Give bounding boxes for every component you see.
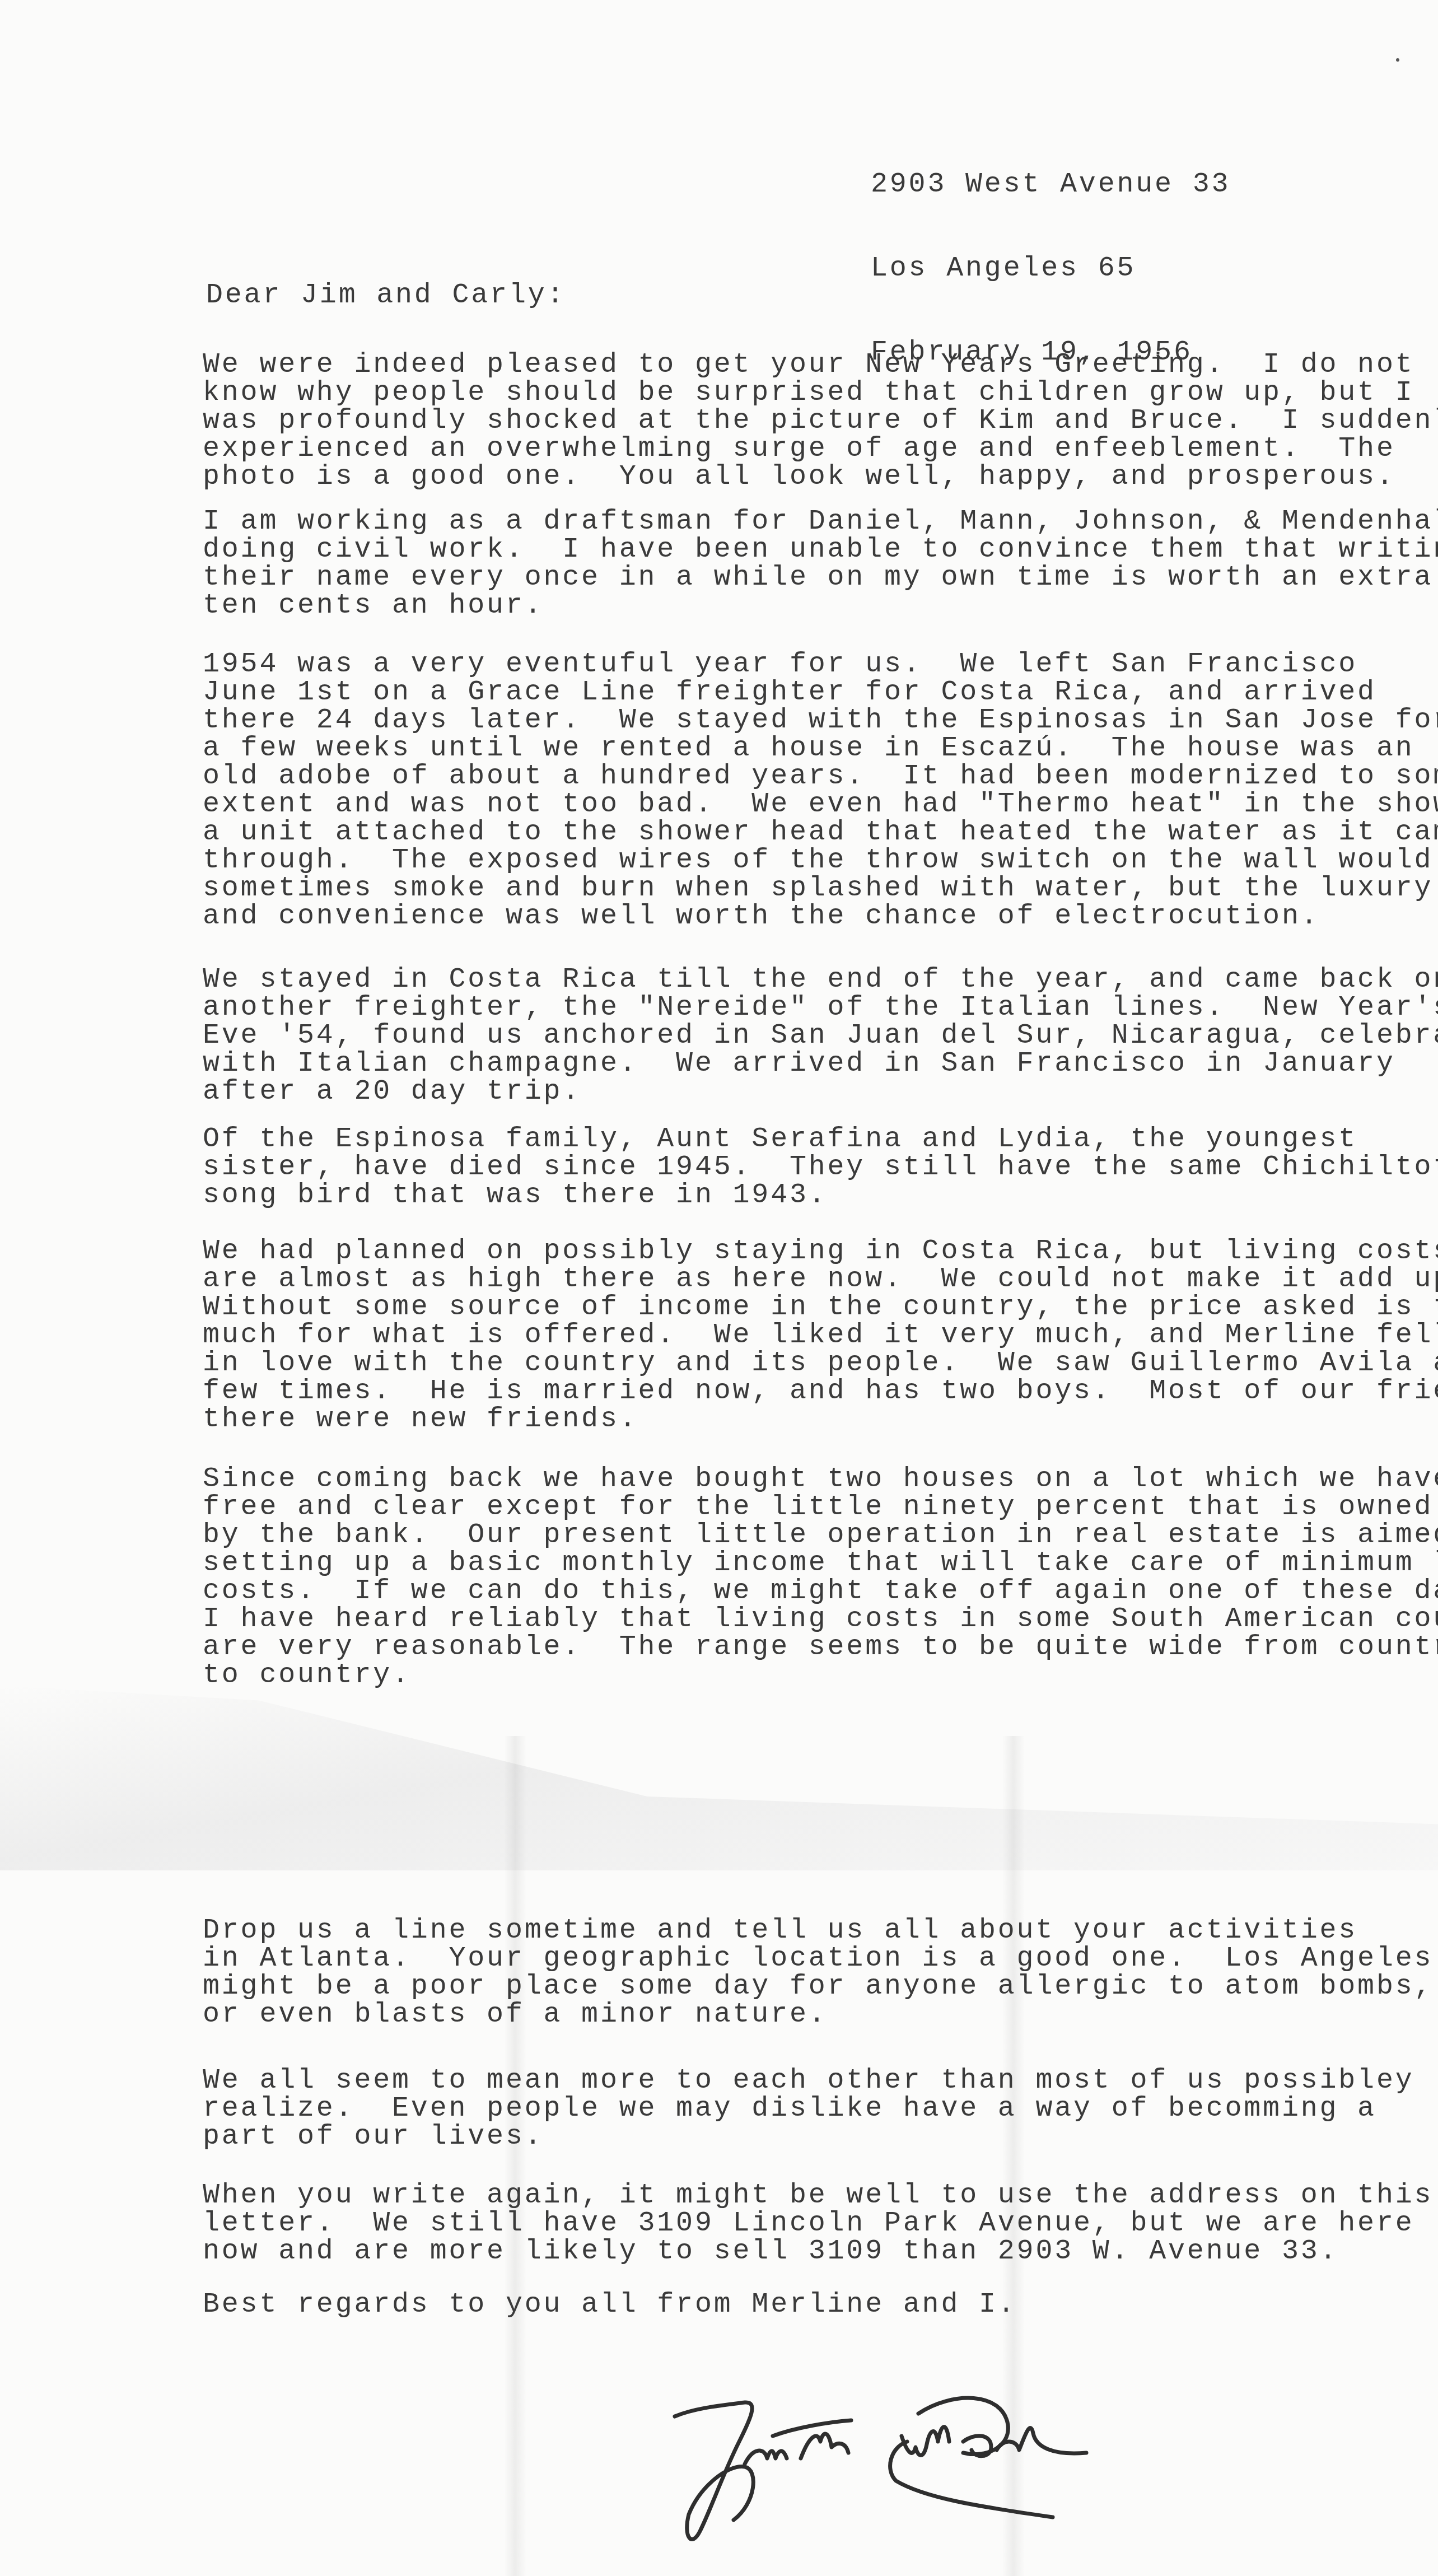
text-line: When you write again, it might be well t… <box>203 2182 1433 2210</box>
text-line: by the bank. Our present little operatio… <box>203 1522 1438 1550</box>
paragraph: We all seem to mean more to each other t… <box>203 2067 1414 2151</box>
address-line: 2903 West Avenue 33 <box>871 171 1230 199</box>
text-line: Eve '54, found us anchored in San Juan d… <box>203 1022 1438 1050</box>
paragraph: Drop us a line sometime and tell us all … <box>203 1917 1433 2029</box>
text-line: doing civil work. I have been unable to … <box>203 536 1438 564</box>
text-line: much for what is offered. We liked it ve… <box>203 1322 1438 1350</box>
text-line: We were indeed pleased to get your New Y… <box>203 351 1438 379</box>
text-line: a unit attached to the shower head that … <box>203 819 1438 847</box>
paragraph: We stayed in Costa Rica till the end of … <box>203 966 1438 1106</box>
text-line: part of our lives. <box>203 2123 1414 2151</box>
text-line: extent and was not too bad. We even had … <box>203 791 1438 819</box>
text-line: We stayed in Costa Rica till the end of … <box>203 966 1438 994</box>
text-line: and convenience was well worth the chanc… <box>203 903 1438 931</box>
text-line: Best regards to you all from Merline and… <box>203 2291 1017 2319</box>
text-line: with Italian champagne. We arrived in Sa… <box>203 1050 1438 1078</box>
address-city: Los Angeles 65 <box>871 255 1230 283</box>
text-line: photo is a good one. You all look well, … <box>203 463 1438 491</box>
text-line: free and clear except for the little nin… <box>203 1494 1438 1522</box>
text-line: another freighter, the "Nereide" of the … <box>203 994 1438 1022</box>
text-line: costs. If we can do this, we might take … <box>203 1578 1438 1606</box>
paragraph: We had planned on possibly staying in Co… <box>203 1238 1438 1434</box>
text-line: Drop us a line sometime and tell us all … <box>203 1917 1433 1945</box>
text-line: old adobe of about a hundred years. It h… <box>203 763 1438 791</box>
paragraph: 1954 was a very eventuful year for us. W… <box>203 651 1438 931</box>
text-line: now and are more likely to sell 3109 tha… <box>203 2238 1433 2266</box>
text-line: sister, have died since 1945. They still… <box>203 1154 1438 1182</box>
text-line: a few weeks until we rented a house in E… <box>203 735 1438 763</box>
text-line: letter. We still have 3109 Lincoln Park … <box>203 2210 1433 2238</box>
text-line: realize. Even people we may dislike have… <box>203 2095 1414 2123</box>
letter-page: 2903 West Avenue 33 Los Angeles 65 Febru… <box>0 0 1438 2576</box>
text-line: in Atlanta. Your geographic location is … <box>203 1945 1433 1973</box>
paper-fold-shadow <box>0 1686 1438 1870</box>
text-line: to country. <box>203 1662 1438 1690</box>
text-line: was profoundly shocked at the picture of… <box>203 407 1438 435</box>
text-line: sometimes smoke and burn when splashed w… <box>203 875 1438 903</box>
paragraph: When you write again, it might be well t… <box>203 2182 1433 2266</box>
text-line: through. The exposed wires of the throw … <box>203 847 1438 875</box>
text-line: June 1st on a Grace Line freighter for C… <box>203 679 1438 707</box>
text-line: Of the Espinosa family, Aunt Serafina an… <box>203 1126 1438 1154</box>
text-line: are almost as high there as here now. We… <box>203 1266 1438 1294</box>
text-line: are very reasonable. The range seems to … <box>203 1634 1438 1662</box>
text-line: experienced an overwhelming surge of age… <box>203 435 1438 463</box>
signature: John McCulloch <box>661 2380 1142 2548</box>
text-line: after a 20 day trip. <box>203 1078 1438 1106</box>
text-line: Since coming back we have bought two hou… <box>203 1466 1438 1494</box>
text-line: We all seem to mean more to each other t… <box>203 2067 1414 2095</box>
text-line: know why people should be surprised that… <box>203 379 1438 407</box>
text-line: song bird that was there in 1943. <box>203 1182 1438 1210</box>
text-line: I am working as a draftsman for Daniel, … <box>203 508 1438 536</box>
text-line: setting up a basic monthly income that w… <box>203 1550 1438 1578</box>
text-line: ten cents an hour. <box>203 592 1438 620</box>
ink-speck <box>1396 58 1399 62</box>
text-line: their name every once in a while on my o… <box>203 564 1438 592</box>
text-line: there 24 days later. We stayed with the … <box>203 707 1438 735</box>
text-line: in love with the country and its people.… <box>203 1350 1438 1378</box>
paragraph: Of the Espinosa family, Aunt Serafina an… <box>203 1126 1438 1210</box>
salutation: Dear Jim and Carly: <box>206 282 566 310</box>
text-line: Without some source of income in the cou… <box>203 1294 1438 1322</box>
paragraph: Best regards to you all from Merline and… <box>203 2291 1017 2319</box>
paragraph: We were indeed pleased to get your New Y… <box>203 351 1438 491</box>
paper-crease <box>504 1736 526 2576</box>
text-line: We had planned on possibly staying in Co… <box>203 1238 1438 1266</box>
text-line: 1954 was a very eventuful year for us. W… <box>203 651 1438 679</box>
text-line: there were new friends. <box>203 1406 1438 1434</box>
paragraph: Since coming back we have bought two hou… <box>203 1466 1438 1690</box>
text-line: might be a poor place some day for anyon… <box>203 1973 1433 2001</box>
text-line: or even blasts of a minor nature. <box>203 2001 1433 2029</box>
text-line: I have heard reliably that living costs … <box>203 1606 1438 1634</box>
text-line: few times. He is married now, and has tw… <box>203 1378 1438 1406</box>
paragraph: I am working as a draftsman for Daniel, … <box>203 508 1438 620</box>
